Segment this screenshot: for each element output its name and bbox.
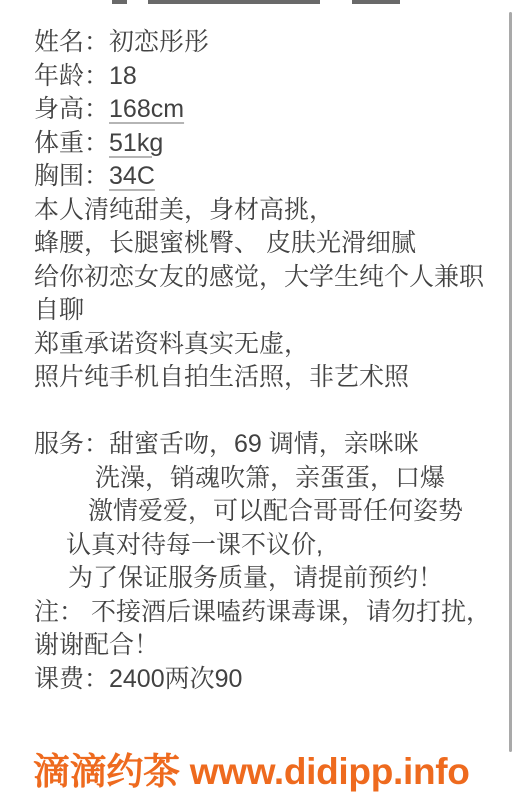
text-line: 身高：168cm [34,93,493,127]
ad-text-page: 姓名：初恋彤彤年龄：18身高：168cm体重：51kg胸围：34C本人清纯甜美，… [0,0,517,800]
text-line: 为了保证服务质量，请提前预约！ [68,562,493,596]
field-label: 姓名： [34,28,109,56]
cropped-text-remnant [112,0,127,4]
text-line: 郑重承诺资料真实无虚， [34,328,493,362]
text-line: 课费：2400两次90 [34,663,493,697]
text-line: 洗澡，销魂吹箫，亲蛋蛋，口爆 [95,462,493,496]
text-line: 给你初恋女友的感觉，大学生纯个人兼职 [34,261,493,295]
field-label: 身高： [34,95,109,123]
text-line: 认真对待每一课不议价, [66,529,493,563]
field-value: 初恋彤彤 [109,28,209,56]
field-label: 年龄： [34,62,109,90]
text-line: 照片纯手机自拍生活照，非艺术照 [34,361,493,395]
cropped-text-remnant [352,0,400,4]
text-line: 体重：51kg [34,127,493,161]
text-line: 胸围：34C [34,160,493,194]
text-line: 服务：甜蜜舌吻，69 调情，亲咪咪 [34,428,493,462]
text-line: 蜂腰，长腿蜜桃臀、 皮肤光滑细腻 [34,227,493,261]
text-line: 姓名：初恋彤彤 [34,26,493,60]
text-line: 注： 不接酒后课嗑药课毒课，请勿打扰， [34,596,493,630]
watermark-footer: 滴滴约茶 www.didipp.info [33,741,470,795]
scrollbar[interactable] [509,12,512,752]
field-label: 体重： [34,129,109,157]
text-line: 激情爱爱，可以配合哥哥任何姿势 [88,495,493,529]
field-value[interactable]: 168cm [109,95,184,123]
watermark-brand: 滴滴约茶 [33,751,180,792]
field-label: 胸围： [34,162,109,190]
text-line: 谢谢配合！ [34,629,493,663]
text-line: 年龄：18 [34,60,493,94]
field-value[interactable]: 51kg [109,129,163,157]
watermark-url: www.didipp.info [190,751,470,792]
text-line: 自聊 [34,294,493,328]
text-line: 本人清纯甜美，身材高挑， [34,194,493,228]
cropped-text-remnant [148,0,320,4]
field-value[interactable]: 34C [109,162,155,190]
ad-text-body: 姓名：初恋彤彤年龄：18身高：168cm体重：51kg胸围：34C本人清纯甜美，… [34,26,493,696]
field-value: 18 [109,62,137,90]
